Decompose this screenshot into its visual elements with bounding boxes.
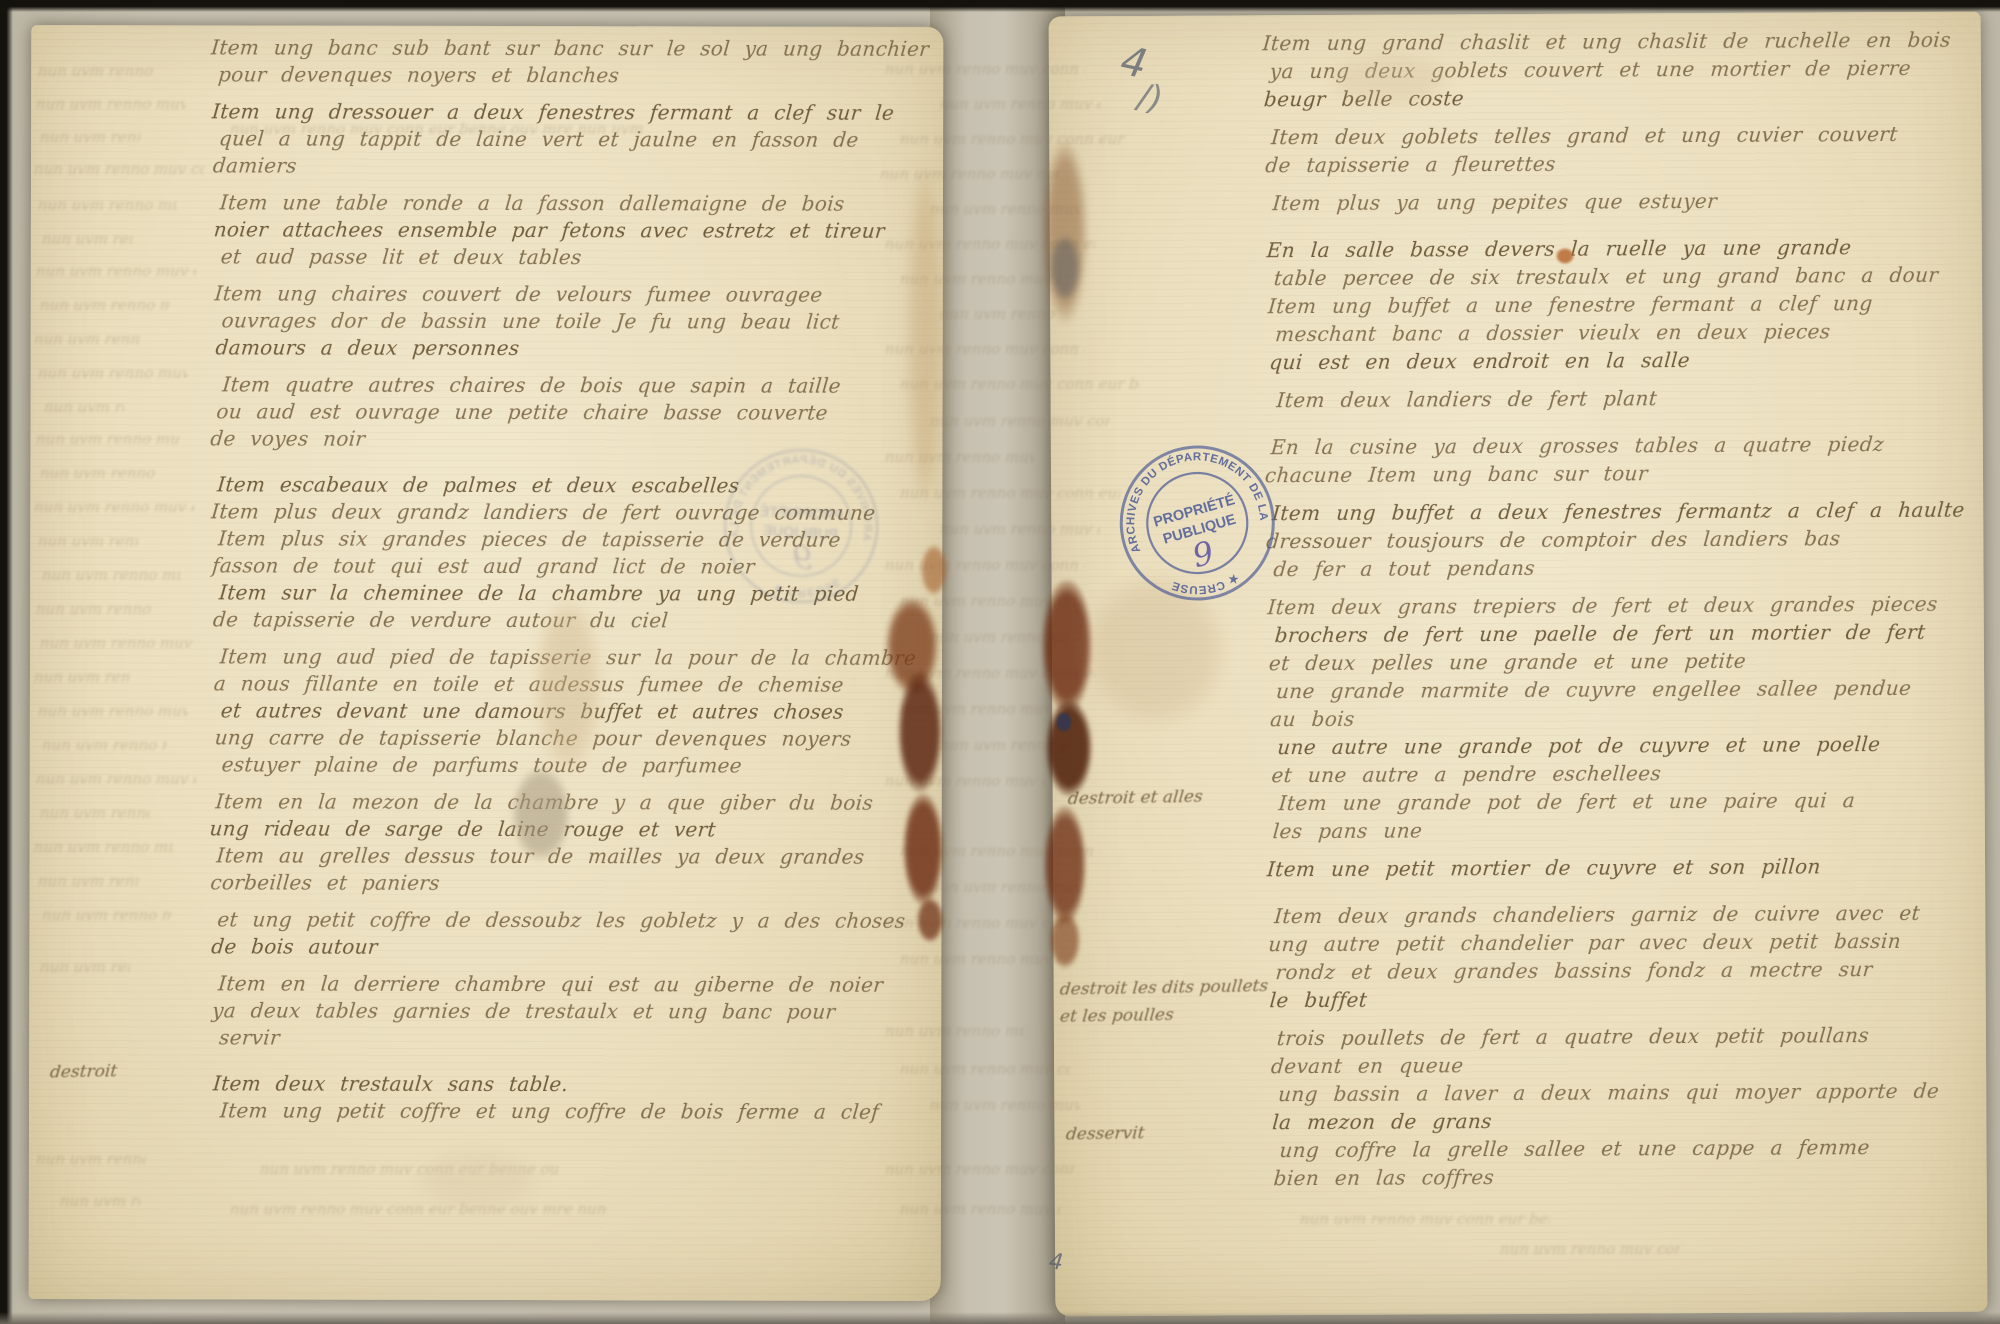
bleed-through-line: nun uvm renno muv conn eur benne ouv mre… [899,1200,1061,1218]
bleed-through-line: nun uvm renno muv conn eur benne ouv mre… [899,700,1081,718]
left-page-text-line: Item ung banc sub bant sur banc sur le s… [210,35,943,61]
bleed-through-line: nun uvm renno muv conn eur benne ouv mre… [41,736,168,754]
right-page-text-line: Item deux grands chandeliers garniz de c… [1273,901,1921,928]
right-page-text-line: une autre une grande pot de cuyvre et un… [1276,732,1881,759]
right-page-text-line: En la cusine ya deux grosses tables a qu… [1270,432,1885,459]
manuscript-right-page: Item ung grand chaslit et ung chaslit de… [1049,12,1988,1317]
left-page-text-line: ya deux tables garnies de trestaulx et u… [211,998,836,1023]
bleed-through-line: nun uvm renno muv conn eur benne ouv mre… [39,464,161,482]
right-page-text-line: rondz et deux grandes bassins fondz a me… [1275,957,1874,984]
right-page-text-line: table percee de six trestaulx et ung gra… [1273,263,1939,290]
right-page-text-line: beugr belle coste [1263,86,1465,111]
bleed-through-line: nun uvm renno muv conn eur benne ouv mre… [884,772,1046,790]
right-page-text-line: Item deux landiers de fert plant [1276,386,1659,412]
right-page-text-line: ung coffre la grelle sallee et une cappe… [1279,1135,1871,1162]
right-page-text-line: le buffet [1269,988,1369,1013]
bleed-through-line: nun uvm renno muv conn eur benne ouv mre… [259,1160,561,1178]
bleed-through-line: nun uvm renno muv conn eur benne ouv mre… [884,448,1036,466]
bleed-through-line: nun uvm renno muv conn eur benne ouv mre… [929,1096,1081,1114]
left-page-text-line: Item deux trestaulx sans table. [212,1071,569,1096]
bleed-through-line: nun uvm renno muv conn eur benne ouv mre… [41,566,183,584]
bleed-through-line: nun uvm renno muv conn eur benne ouv mre… [899,1060,1071,1078]
bleed-through-line: nun uvm renno muv conn eur benne ouv mre… [33,160,205,178]
left-page-text-line: Item ung chaires couvert de velours fume… [214,281,824,306]
bleed-through-line: nun uvm renno muv conn eur benne ouv mre… [939,520,1101,538]
manuscript-scan: { "stamp": { "ring_top": "ARCHIVES DU DÉ… [0,0,2000,1324]
bleed-through-line: nun uvm renno muv conn eur benne ouv mre… [39,958,131,976]
right-page-text-line: Item ung buffet a une fenestre fermant a… [1267,291,1874,318]
bleed-through-line: nun uvm renno muv conn eur benne ouv mre… [37,702,189,720]
bleed-through-line: nun uvm renno muv conn eur benne ouv mre… [37,532,139,550]
right-page-text-line: Item plus ya ung pepites que estuyer [1272,189,1719,215]
bleed-through-line: nun uvm renno muv conn eur benne ouv mre… [37,364,189,382]
left-page-text-line: Item une table ronde a la fasson dallema… [219,190,846,215]
bleed-through-line: nun uvm renno muv conn eur benne ouv mre… [899,592,1071,610]
left-page-text-line: estuyer plaine de parfums toute de parfu… [221,752,743,777]
right-page-text-line: En la salle basse devers la ruelle ya un… [1266,235,1853,262]
right-page-text-line: ung autre petit chandelier par avec deux… [1267,929,1902,956]
bleed-through-line: nun uvm renno muv conn eur benne ouv mre… [899,130,1131,148]
right-page-text-line: une grande marmite de cuyvre engellee sa… [1275,676,1912,703]
right-page-text-line: chacune Item ung banc sur tour [1264,461,1649,487]
bleed-through-line: nun uvm renno muv conn eur benne ouv mre… [33,838,175,856]
right-page-text-line: les pans une [1272,818,1423,843]
bleed-through-line: nun uvm renno muv conn eur benne ouv mre… [939,95,1101,113]
right-page-text-line: et deux pelles une grande et une petite [1268,649,1747,676]
stamp-center-line1: PROPRIÉTÉ [759,503,844,524]
bleed-through-line: nun uvm renno muv conn eur benne ouv mre… [39,634,196,652]
right-page-text-line: de fer a tout pendans [1273,556,1537,581]
bleed-through-line: nun uvm renno muv conn eur benne ouv mre… [929,412,1111,430]
left-page-text-line: Item au grelles dessus tour de mailles y… [216,843,866,868]
right-page-text-line: trois poullets de fert a quatre deux pet… [1276,1023,1870,1050]
bleed-through-line: nun uvm renno muv conn eur benne ouv mre… [879,165,1061,183]
bleed-through-line: nun uvm renno muv conn eur benne ouv mre… [929,878,1081,896]
right-page-text-line: bien en las coffres [1273,1165,1496,1190]
bleed-through-line: nun uvm renno muv conn eur benne ouv mre… [939,736,1071,754]
bleed-through-line: nun uvm renno muv conn eur benne ouv mre… [899,842,1101,860]
left-page-text-line: de tapisserie de verdure autour du ciel [212,607,669,632]
left-page-text-line: Item quatre autres chaires de bois que s… [222,372,842,397]
right-page-text-line: devant en queue [1270,1053,1464,1078]
bleed-through-line: nun uvm renno muv conn eur benne ouv mre… [35,95,187,113]
right-page-text-line: et une autre a pendre eschellees [1271,761,1663,787]
archive-stamp: ARCHIVES DU DÉPARTEMENT DE LA ★ CREUSE P… [1099,426,1298,634]
bleed-through-line: nun uvm renno muv conn eur benne ouv mre… [884,340,1086,358]
right-page-text-line: de tapisserie a fleurettes [1264,152,1556,178]
bleed-through-line: nun uvm renno muv conn eur benne ouv mre… [33,668,130,686]
bleed-through-line: nun uvm renno muv conn eur benne ouv mre… [37,196,179,214]
pencil-folio-number-bottom: 4 [1048,1249,1065,1275]
bleed-through-line: nun uvm renno muv conn eur benne ouv mre… [41,906,173,924]
left-page-text-line: ouvrages dor de bassin une toile Je fu u… [221,308,841,333]
left-page-text-line: et autres devant une damours buffet et a… [220,698,845,723]
bleed-through-line: nun uvm renno muv conn eur benne ouv mre… [929,200,1081,218]
bleed-through-line: nun uvm renno muv conn eur benne ouv mre… [929,628,1071,646]
bleed-through-line: nun uvm renno muv conn eur benne ouv mre… [884,556,1086,574]
bleed-through-line: nun uvm renno muv conn eur benne ouv mre… [229,120,651,138]
bleed-through-line: nun uvm renno muv conn eur benne ouv mre… [229,1200,611,1218]
margin-annotation: desservit [1065,1123,1145,1144]
right-page-text-line: Item ung buffet a deux fenestres fermant… [1271,498,1965,526]
bleed-through-line: nun uvm renno muv conn eur benne ouv mre… [59,1192,141,1210]
right-page-text-line: Item une petit mortier de cuyvre et son … [1266,854,1822,881]
bleed-through-line: nun uvm renno muv conn eur benne ouv mre… [43,398,125,416]
left-page-text-line: de voyes noir [209,426,366,450]
right-page-text-line: dressouer tousjours de comptoir des land… [1265,526,1841,553]
bleed-through-line: nun uvm renno muv conn eur benne ouv mre… [33,330,140,348]
right-page-text-line: qui est en deux endroit en la salle [1268,348,1691,374]
right-page-text-line: Item une grande pot de fert et une paire… [1278,788,1856,815]
manuscript-left-page: Item ung banc sub bant sur banc sur le s… [29,25,944,1301]
margin-annotation: destroit les dits poullets [1059,976,1269,1000]
left-page-text-line: damiers [212,153,298,177]
left-page-text-line: fasson de tout qui est aud grand lict de… [211,553,756,578]
bleed-through-line: nun uvm renno muv conn eur benne ouv mre… [41,230,133,248]
left-page-text-line: Item ung petit coffre et ung coffre de b… [219,1098,880,1123]
bleed-through-line: nun uvm renno muv conn eur benne ouv mre… [35,1150,147,1168]
margin-annotation: et les poulles [1059,1005,1175,1027]
bleed-through-line: nun uvm renno muv conn eur benne ouv mre… [37,62,159,80]
left-page-text-line: noier attachees ensemble par fetons avec… [213,217,886,242]
bleed-through-line: nun uvm renno muv conn eur benne ouv mre… [884,914,1066,932]
pencil-slash-mark: /) [1135,76,1165,119]
bleed-through-line: nun uvm renno muv conn eur benne ouv mre… [939,305,1061,323]
left-page-text-line: damours a deux personnes [215,335,521,360]
right-page-text-line: au bois [1269,707,1355,731]
bleed-through-line: nun uvm renno muv conn eur benne ouv mre… [884,60,1086,78]
left-page-text-line: Item escabeaux de palmes et deux escabel… [216,472,740,497]
bleed-through-line: nun uvm renno muv conn eur benne ouv mre… [39,296,171,314]
archive-stamp-svg: ARCHIVES DU DÉPARTEMENT DE LA ★ CREUSE P… [701,428,903,639]
bleed-through-line: nun uvm renno muv conn eur benne ouv mre… [899,375,1141,393]
left-page-text-line: ung rideau de sarge de laine rouge et ve… [209,816,717,841]
stamp-handwritten-number: 9 [792,539,813,577]
right-page-text-line: ung bassin a laver a deux mains qui moye… [1277,1079,1940,1106]
page-gutter-fold [930,0,1065,1324]
bleed-through-line: nun uvm renno muv conn eur benne ouv mre… [35,262,197,280]
margin-annotation: destroit et alles [1067,787,1204,809]
bleed-through-line: nun uvm renno muv conn eur benne ouv mre… [899,270,1061,288]
bleed-through-line: nun uvm renno muv conn eur benne ouv mre… [899,950,1061,968]
bleed-through-line: nun uvm renno muv conn eur benne ouv mre… [899,484,1121,502]
left-page-text-line: et ung petit coffre de dessoubz les gobl… [216,907,906,932]
left-page-text-line: ou aud est ouvrage une petite chaire bas… [215,399,828,424]
left-page-text-line: Item en la mezon de la chambre y a que g… [215,789,875,814]
left-page-text-line: corbeilles et paniers [209,870,440,894]
bleed-through-line: nun uvm renno muv conn eur benne ouv mre… [35,770,197,788]
right-page-text-line: Item deux grans trepiers de fert et deux… [1267,592,1939,620]
bleed-through-line: nun uvm renno muv conn eur benne ouv mre… [39,128,141,146]
bleed-through-line: nun uvm renno muv conn eur benne ouv mre… [1499,1240,1681,1258]
left-page-text-line: pour devenques noyers et blanches [217,62,620,87]
left-page-text-line: et aud passe lit et deux tables [220,244,583,269]
archive-stamp-svg: ARCHIVES DU DÉPARTEMENT DE LA ★ CREUSE P… [1099,426,1298,634]
bleed-through-line: nun uvm renno muv conn eur benne ouv mre… [1299,1210,1551,1228]
bleed-through-stamp: ARCHIVES DU DÉPARTEMENT DE LA ★ CREUSE P… [701,428,903,639]
right-page-text-line: Item ung grand chaslit et ung chaslit de… [1262,28,1952,56]
scan-border-left [0,0,13,1324]
bleed-through-line: nun uvm renno muv conn eur benne ouv mre… [37,872,139,890]
bleed-through-line: nun uvm renno muv conn eur benne ouv mre… [884,235,1096,253]
bleed-through-line: nun uvm renno muv conn eur benne ouv mre… [33,498,195,516]
right-page-text-line: Item deux goblets telles grand et ung cu… [1270,122,1899,149]
bleed-through-line: nun uvm renno muv conn eur benne ouv mre… [35,600,152,618]
left-page-text-line: de bois autour [210,934,379,958]
bleed-through-line: nun uvm renno muv conn eur benne ouv mre… [884,1022,1026,1040]
bleed-through-line: nun uvm renno muv conn eur benne ouv mre… [884,664,1096,682]
left-page-text-line: Item ung aud pied de tapisserie sur la p… [219,644,917,669]
right-page-text-line: ya ung deux goblets couvert et une morti… [1269,56,1912,83]
right-page-text-line: brochers de fert une paelle de fert un m… [1274,620,1927,647]
stamp-handwritten-number: 9 [1189,533,1218,575]
margin-annotation: destroit [49,1061,118,1082]
right-page-text-line: meschant banc a dossier vieulx en deux p… [1274,319,1831,346]
stamp-ring-text-bottom: ★ CREUSE [1169,570,1243,598]
left-page-text-line: a nous fillante en toile et audessus fum… [213,671,845,696]
left-page-text-line: Item en la derriere chambre qui est au g… [217,971,884,996]
bleed-through-line: nun uvm renno muv conn eur benne ouv mre… [39,804,151,822]
left-page-text-line: ung carre de tapisserie blanche pour dev… [214,725,853,750]
bleed-through-line: nun uvm renno muv conn eur benne ouv mre… [884,1160,1076,1178]
left-page-text-line: servir [218,1025,281,1049]
bleed-through-line: nun uvm renno muv conn eur benne ouv mre… [35,430,182,448]
right-page-text-line: la mezon de grans [1271,1109,1493,1134]
